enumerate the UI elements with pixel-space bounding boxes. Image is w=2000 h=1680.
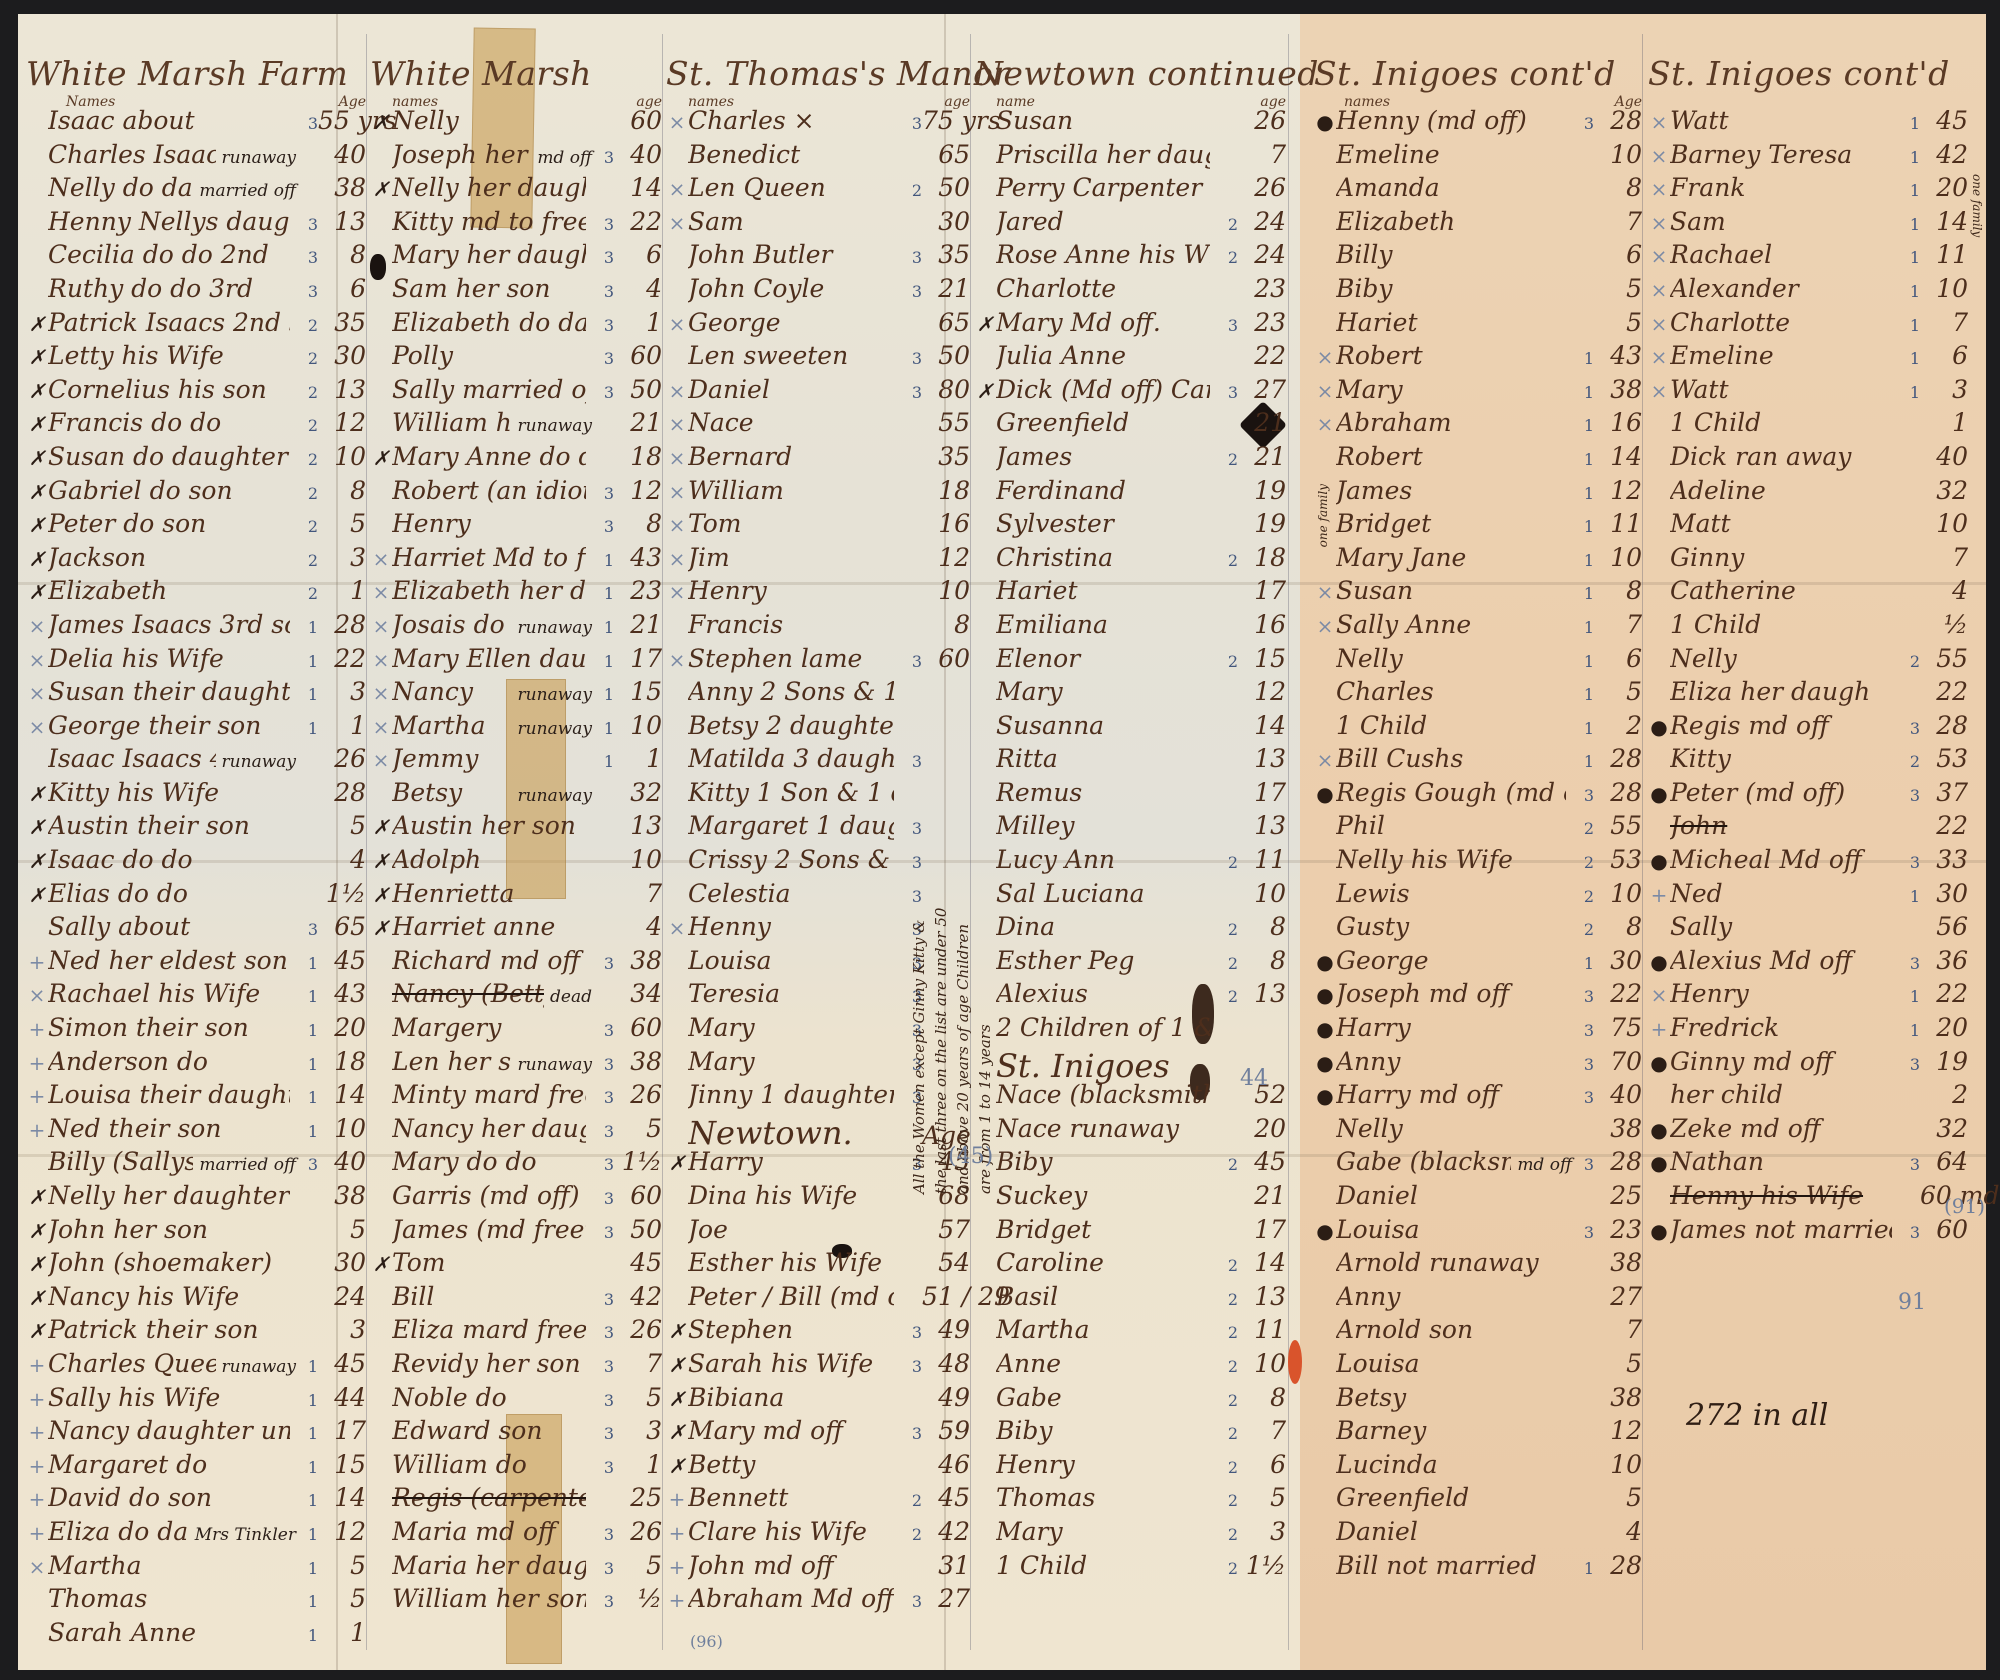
entry-age: 45 [614,1248,662,1277]
entry-age: 15 [614,677,662,706]
entry-age: 3 [318,677,366,706]
pencil-tally: 3 [900,1323,922,1342]
pencil-tally: 2 [1216,1424,1238,1443]
list-entry: ✗John (shoemaker)30 [26,1248,366,1282]
tick-mark-icon: + [666,1487,688,1511]
entry-name: Benedict [688,140,894,169]
entry-age: 11 [1594,509,1642,538]
entry-age: 12 [318,1517,366,1546]
entry-age: 1 [614,308,662,337]
entry-name: Frank [1670,173,1892,202]
tick-mark-icon: + [666,1521,688,1545]
entry-name: Abraham Md off [688,1584,894,1613]
pencil-tally: 1 [1898,349,1920,368]
entry-age: 50 [922,173,970,202]
list-entry: Benedict65 [666,140,970,174]
list-entry: ×Sam114 [1648,207,1968,241]
pencil-tally: 3 [1216,383,1238,402]
pencil-tally: 3 [1572,987,1594,1006]
tick-mark-icon: ✗ [974,379,996,403]
list-entry: Biby5 [1314,274,1642,308]
list-entry: Sally married off350 [370,375,662,409]
tick-mark-icon: ✗ [666,1353,688,1377]
entry-age: 10 [1594,543,1642,572]
entry-age: 75 [1594,1013,1642,1042]
list-entry: Bridget111 [1314,509,1642,543]
pencil-tally: 3 [1898,1155,1920,1174]
entry-age: 5 [614,1551,662,1580]
tick-mark-icon: + [26,950,48,974]
tick-mark-icon: + [26,1387,48,1411]
list-entry: Betsy38 [1314,1383,1642,1417]
entry-age: 5 [318,811,366,840]
entry-name: Harriet anne [392,912,586,941]
pencil-tally: 3 [1216,316,1238,335]
pencil-tally: 3 [592,282,614,301]
list-entry: Anny27 [1314,1282,1642,1316]
entry-age: 40 [318,140,366,169]
entry-age: 38 [1594,1248,1642,1277]
tick-mark-icon: ✗ [370,815,392,839]
list-entry: Dick ran away40 [1648,442,1968,476]
entry-name: Lucy Ann [996,845,1210,874]
entry-name: Daniel [688,375,894,404]
entry-age: 43 [318,979,366,1008]
entry-age: 7 [1238,1416,1286,1445]
entry-name: Gabe (blacksmith) [1336,1147,1511,1176]
entry-age: 65 [922,140,970,169]
list-entry: ×Barney Teresa142 [1648,140,1968,174]
tick-mark-icon: ✗ [26,513,48,537]
entry-name: Eliza her daugh [1670,677,1892,706]
entry-name: Ferdinand [996,476,1210,505]
entry-name: Bridget [996,1215,1210,1244]
entry-age: 46 [922,1450,970,1479]
entry-age: 5 [1594,1483,1642,1512]
entry-age: 14 [318,1080,366,1109]
pencil-tally: 1 [296,1626,318,1645]
entry-name: Jemmy [392,744,586,773]
pencil-tally: 3 [592,1458,614,1477]
pencil-tally: 3 [592,316,614,335]
entry-age: 28 [318,610,366,639]
pencil-tally: 3 [592,148,614,167]
tick-mark-icon: × [26,648,48,672]
tick-mark-icon: ✗ [26,1185,48,1209]
tick-mark-icon: × [1314,580,1336,604]
list-entry: Esther his Wife54 [666,1248,970,1282]
entry-name: Barney [1336,1416,1566,1445]
list-entry: Thomas15 [26,1584,366,1618]
entry-age: 38 [1594,1114,1642,1143]
pencil-tally: 2 [1216,215,1238,234]
entry-list: ✗Nelly60Joseph her sonmd off340✗Nelly he… [370,106,662,1618]
list-entry: Len her sonrunaway338 [370,1047,662,1081]
entry-age: 5 [614,1383,662,1412]
list-entry: ×Susan18 [1314,576,1642,610]
pencil-tally: 1 [592,652,614,671]
list-entry: ×Bernard35 [666,442,970,476]
entry-name: Sam [1670,207,1892,236]
entry-age: 13 [318,207,366,236]
entry-name: Betsy 2 daughters [688,711,894,740]
entry-name: Ginny [1670,543,1892,572]
entry-age: 1½ [318,879,366,908]
list-entry: 1 Child21½ [974,1551,1286,1585]
entry-name: Matt [1670,509,1892,538]
list-entry: Billy (Sallys 2 sonmarried off340 [26,1147,366,1181]
list-entry: ✗Adolph10 [370,845,662,879]
entry-age: 54 [922,1248,970,1277]
list-entry: ×George their son11 [26,711,366,745]
entry-name: Harriet Md to freeman [392,543,586,572]
entry-age: 8 [318,476,366,505]
list-entry: Kitty md to freeman322 [370,207,662,241]
entry-age: 55 yrs [318,106,366,135]
tick-mark-icon: ✗ [26,1319,48,1343]
list-entry: Elenor215 [974,644,1286,678]
list-entry: ✗Letty his Wife230 [26,341,366,375]
entry-age: 10 [318,442,366,471]
entry-name: her child [1670,1080,1892,1109]
entry-annotation: runaway [518,1055,592,1075]
list-entry: Ferdinand19 [974,476,1286,510]
list-entry: ×Mary138 [1314,375,1642,409]
entry-annotation: md off [1517,1155,1572,1175]
entry-name: Milley [996,811,1210,840]
list-entry: +Louisa their daughter114 [26,1080,366,1114]
pencil-tally: 1 [1898,148,1920,167]
list-entry: James112 [1314,476,1642,510]
entry-age: 5 [318,1584,366,1613]
entry-name: Susanna [996,711,1210,740]
entry-name: Caroline [996,1248,1210,1277]
entry-name: Austin their son [48,811,290,840]
entry-age: 3 [318,543,366,572]
list-entry: Henny his Wife60 md off [1648,1181,1968,1215]
entry-age: 65 [922,308,970,337]
entry-age: 5 [1594,274,1642,303]
entry-age: 53 [1594,845,1642,874]
entry-list: ●Henny (md off)328Emeline10Amanda8Elizab… [1314,106,1642,1584]
tick-mark-icon: ✗ [666,1454,688,1478]
entry-age: 10 [614,845,662,874]
list-entry: +Nancy daughter unmarried117 [26,1416,366,1450]
list-entry: ×Susan their daughter13 [26,677,366,711]
entry-name: Joe [688,1215,894,1244]
entry-name: Elizabeth [48,576,290,605]
tick-mark-icon: ✗ [26,312,48,336]
entry-age: 23 [1238,308,1286,337]
entry-age: 49 [922,1315,970,1344]
entry-name: Billy (Sallys 2 son [48,1147,193,1176]
column-newtown-continued: Newtown continued nameage Susan26Priscil… [974,54,1286,1584]
pencil-tally: 2 [296,316,318,335]
tick-mark-icon: ✗ [666,1420,688,1444]
list-entry: Nelly his Wife253 [1314,845,1642,879]
entry-name: Garris (md off) [392,1181,586,1210]
list-entry: ×Alexander110 [1648,274,1968,308]
list-entry: Ruthy do do 3rd36 [26,274,366,308]
entry-age: 60 [614,341,662,370]
column-subheader: NamesAge [26,94,366,106]
entry-name: James not married [1670,1215,1892,1244]
entry-age: 6 [1920,341,1968,370]
list-entry: ×Rachael111 [1648,240,1968,274]
list-entry: ✗Mary Anne do daugh18 [370,442,662,476]
list-entry: ×Mary Ellen daughter117 [370,644,662,678]
entry-age: 20 [1920,1013,1968,1042]
pencil-count: (96) [690,1632,723,1651]
list-entry: ×Frank120 [1648,173,1968,207]
tick-mark-icon: × [666,446,688,470]
pencil-tally: 3 [900,752,922,771]
tick-mark-icon: ✗ [370,110,392,134]
column-subheader: nameage [974,94,1286,106]
tick-mark-icon: ● [1314,1051,1336,1075]
pencil-tally: 2 [1216,1290,1238,1309]
list-entry: ✗Elias do do1½ [26,879,366,913]
pencil-tally: 3 [1572,1155,1594,1174]
pencil-tally: 3 [296,114,318,133]
tick-mark-icon: ✗ [26,345,48,369]
list-entry: ✗Tom45 [370,1248,662,1282]
entry-age: 44 [318,1383,366,1412]
pencil-tally: 1 [592,618,614,637]
entry-name: Mary md off [688,1416,894,1445]
entry-name: Teresia [688,979,894,1008]
entry-age: 80 [922,375,970,404]
entry-name: Nathan [1670,1147,1892,1176]
tick-mark-icon: ● [1648,715,1670,739]
entry-name: Charles Queen [48,1349,216,1378]
entry-name: Bill [392,1282,586,1311]
entry-age: 20 [1920,173,1968,202]
entry-age: 12 [1594,1416,1642,1445]
entry-age: 42 [922,1517,970,1546]
entry-age: ½ [614,1584,662,1613]
entry-name: Eliza do daughter [48,1517,189,1546]
list-entry: ×Jemmy11 [370,744,662,778]
entry-name: Henry [392,509,586,538]
entry-age: 22 [1594,979,1642,1008]
entry-name: Elias do do [48,879,290,908]
tick-mark-icon: ✗ [26,379,48,403]
entry-age: 25 [614,1483,662,1512]
entry-name: Gabe [996,1383,1210,1412]
list-entry: William her son3½ [370,1584,662,1618]
list-entry: ✗Gabriel do son28 [26,476,366,510]
list-entry: Mary Jane110 [1314,543,1642,577]
tick-mark-icon: ● [1648,1118,1670,1142]
list-entry: ●Ginny md off319 [1648,1047,1968,1081]
entry-name: Adolph [392,845,586,874]
entry-name: John [1670,811,1892,840]
entry-age: 21 [614,408,662,437]
list-entry: Margaret 1 daughter3 [666,811,970,845]
list-entry: Nelly38 [1314,1114,1642,1148]
entry-name: Eliza mard freeman [392,1315,586,1344]
tick-mark-icon: × [1648,345,1670,369]
column-rule [1288,34,1289,1650]
pencil-tally: 2 [1216,1155,1238,1174]
pencil-tally: 1 [1572,618,1594,637]
pencil-tally: 3 [900,652,922,671]
entry-name: Nelly do daughter [48,173,193,202]
list-entry: Charles15 [1314,677,1642,711]
entry-age: 60 [614,106,662,135]
entry-age: 4 [318,845,366,874]
entry-name: Ruthy do do 3rd [48,274,290,303]
entry-age: 26 [1238,173,1286,202]
entry-age: 7 [614,879,662,908]
pencil-tally: 1 [296,1525,318,1544]
list-entry: +Sally his Wife144 [26,1383,366,1417]
entry-name: Ritta [996,744,1210,773]
list-entry: Bill342 [370,1282,662,1316]
pencil-tally: 1 [296,1458,318,1477]
list-entry: Nelly16 [1314,644,1642,678]
list-entry: Arnold runaway38 [1314,1248,1642,1282]
entry-name: Greenfield [996,408,1210,437]
list-entry: ●Zeke md off32 [1648,1114,1968,1148]
list-entry: Regis (carpenter)25 [370,1483,662,1517]
tick-mark-icon: ✗ [666,1387,688,1411]
entry-name: Matilda 3 daughters [688,744,894,773]
pencil-tally: 2 [1216,248,1238,267]
entry-name: Henry [1670,979,1892,1008]
list-entry: ✗Francis do do212 [26,408,366,442]
entry-name: Sarah Anne [48,1618,290,1647]
pencil-tally: 3 [592,1323,614,1342]
tick-mark-icon: + [26,1521,48,1545]
list-entry: +Eliza do daughterMrs Tinkler112 [26,1517,366,1551]
entry-name: Nancy daughter unmarried [48,1416,290,1445]
entry-age: ½ [1920,610,1968,639]
entry-age: 23 [1594,1215,1642,1244]
list-entry: Eliza mard freeman326 [370,1315,662,1349]
tick-mark-icon: ✗ [370,883,392,907]
entry-name: Mary [1336,375,1566,404]
entry-name: Patrick their son [48,1315,290,1344]
list-entry: Anne210 [974,1349,1286,1383]
entry-age: 26 [614,1315,662,1344]
entry-age: 60 [614,1013,662,1042]
entry-age: 8 [318,240,366,269]
pencil-tally: 1 [592,584,614,603]
entry-name: Anny [1336,1047,1566,1076]
list-entry: ×Charles ×375 yrs [666,106,970,140]
pencil-tally: 1 [592,551,614,570]
list-entry: 1 Child12 [1314,711,1642,745]
entry-name: Henny his Wife [1670,1181,1892,1210]
list-entry: Sarah Anne11 [26,1618,366,1652]
entry-age: 11 [1238,845,1286,874]
entry-age: 36 [1920,946,1968,975]
pencil-tally: 3 [592,215,614,234]
entry-age: 14 [1920,207,1968,236]
entry-age: 18 [1238,543,1286,572]
pencil-tally: 1 [1572,584,1594,603]
pencil-tally: 3 [1898,1055,1920,1074]
entry-name: Betty [688,1450,894,1479]
entry-age: 43 [1594,341,1642,370]
entry-name: Mary Jane [1336,543,1566,572]
tick-mark-icon: × [370,580,392,604]
entry-age: 20 [1238,1114,1286,1143]
pencil-tally: 1 [296,618,318,637]
pencil-tally: 3 [1572,1055,1594,1074]
entry-name: George [1336,946,1566,975]
entry-age: 40 [318,1147,366,1176]
list-entry: Barney12 [1314,1416,1642,1450]
list-entry: +Margaret do115 [26,1450,366,1484]
tick-mark-icon: ✗ [26,480,48,504]
list-entry: ●Harry md off340 [1314,1080,1642,1114]
list-entry: Nelly do daughtermarried off38 [26,173,366,207]
entry-name: James (md freewoman) [392,1215,586,1244]
list-entry: Henny Nellys daughter313 [26,207,366,241]
tick-mark-icon: × [26,715,48,739]
entry-name: Rachael [1670,240,1892,269]
list-entry: ✗Mary Md off.323 [974,308,1286,342]
entry-age: 27 [922,1584,970,1613]
list-entry: +John md off31 [666,1551,970,1585]
entry-age: 2 [1594,711,1642,740]
entry-annotation: md off [537,148,592,168]
list-entry: ×James Isaacs 3rd son128 [26,610,366,644]
list-entry: Sally56 [1648,912,1968,946]
list-entry: ✗Dick (Md off) Carpenter327 [974,375,1286,409]
list-entry: ✗Nelly60 [370,106,662,140]
list-entry: ×Bill Cushs128 [1314,744,1642,778]
list-entry: ✗Nelly her daughter Wife38 [26,1181,366,1215]
entry-name: Noble do [392,1383,586,1412]
entry-name: Patrick Isaacs 2nd son [48,308,290,337]
tick-mark-icon: × [1648,110,1670,134]
entry-age: 30 [922,207,970,236]
entry-age: 34 [614,979,662,1008]
tick-mark-icon: × [1648,144,1670,168]
tick-mark-icon: ✗ [26,580,48,604]
pencil-tally: 1 [296,1592,318,1611]
list-entry: ×Watt13 [1648,375,1968,409]
pencil-tally: 3 [900,819,922,838]
list-entry: Lucinda10 [1314,1450,1642,1484]
pencil-tally: 1 [296,1559,318,1578]
entry-name: Charles Isaacs son [48,140,216,169]
pencil-tally: 1 [1572,551,1594,570]
list-entry: Eliza her daugh22 [1648,677,1968,711]
entry-name: Susan do daughter [48,442,290,471]
tick-mark-icon: ✗ [666,1151,688,1175]
entry-age: 19 [1238,476,1286,505]
entry-age: 4 [614,912,662,941]
entry-name: Clare his Wife [688,1517,894,1546]
entry-name: Rose Anne his Wife [996,240,1210,269]
list-entry: Mary do do31½ [370,1147,662,1181]
entry-name: James Isaacs 3rd son [48,610,290,639]
list-entry: ●Regis Gough (md off)328 [1314,778,1642,812]
entry-age: 4 [614,274,662,303]
entry-age: 6 [1238,1450,1286,1479]
pencil-tally: 1 [592,752,614,771]
entry-age: 22 [1920,811,1968,840]
entry-name: Henry [996,1450,1210,1479]
entry-age: 21 [1238,408,1286,437]
entry-age: 28 [1920,711,1968,740]
list-entry: ✗Susan do daughter210 [26,442,366,476]
